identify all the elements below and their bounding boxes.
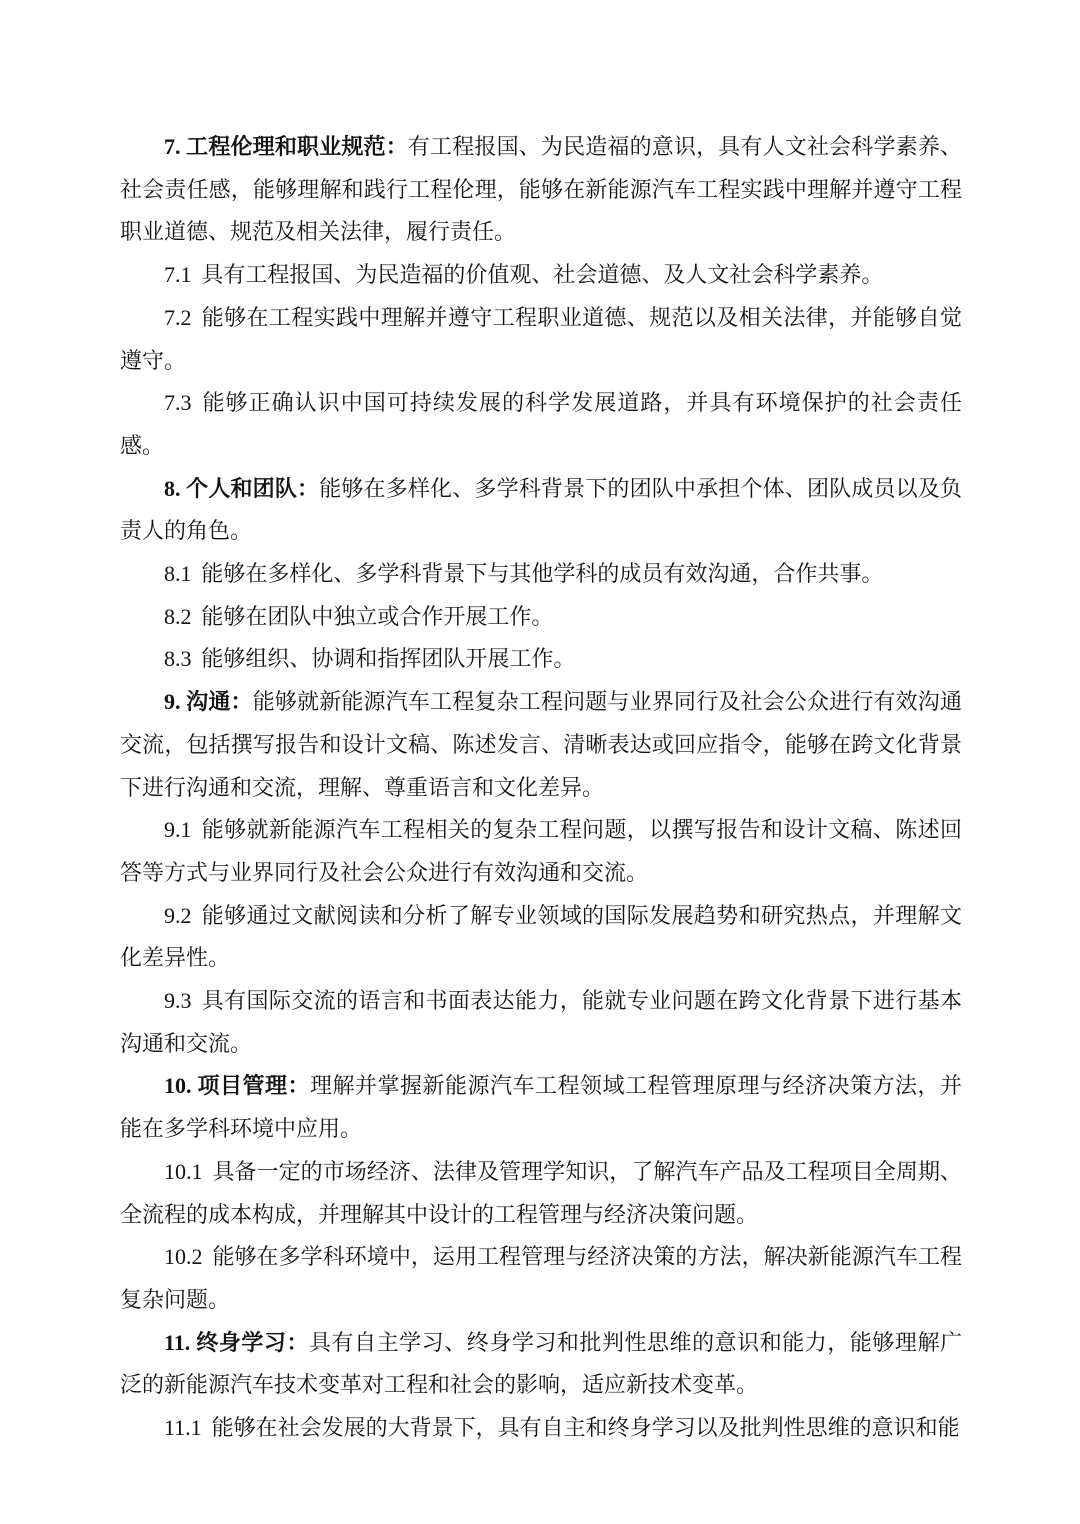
item-number: 9.1 xyxy=(164,817,192,842)
item-text: 能够在团队中独立或合作开展工作。 xyxy=(201,604,553,629)
item-number: 9.3 xyxy=(164,988,192,1013)
requirement-item: 10.2能够在多学科环境中，运用工程管理与经济决策的方法，解决新能源汽车工程复杂… xyxy=(120,1236,962,1321)
requirement-item: 7.3能够正确认识中国可持续发展的科学发展道路，并具有环境保护的社会责任感。 xyxy=(120,382,962,467)
item-number: 9.2 xyxy=(164,903,192,928)
requirement-item: 9.3具有国际交流的语言和书面表达能力，能就专业问题在跨文化背景下进行基本沟通和… xyxy=(120,980,962,1065)
section-items: 8.1能够在多样化、多学科背景下与其他学科的成员有效沟通，合作共事。 8.2能够… xyxy=(120,553,962,681)
requirement-item: 9.1能够就新能源汽车工程相关的复杂工程问题，以撰写报告和设计文稿、陈述回答等方… xyxy=(120,809,962,894)
item-number: 8.3 xyxy=(164,646,192,671)
section-items: 10.1具备一定的市场经济、法律及管理学知识，了解汽车产品及工程项目全周期、全流… xyxy=(120,1151,962,1322)
section-items: 7.1具有工程报国、为民造福的价值观、社会道德、及人文社会科学素养。 7.2能够… xyxy=(120,254,962,468)
item-text: 能够在多学科环境中，运用工程管理与经济决策的方法，解决新能源汽车工程复杂问题。 xyxy=(120,1244,962,1312)
section-heading-label: 10. 项目管理： xyxy=(164,1073,310,1098)
document-body: 7. 工程伦理和职业规范：有工程报国、为民造福的意识，具有人文社会科学素养、社会… xyxy=(120,126,962,1450)
document-page: 7. 工程伦理和职业规范：有工程报国、为民造福的意识，具有人文社会科学素养、社会… xyxy=(0,0,1080,1524)
section-heading-label: 9. 沟通： xyxy=(164,689,253,714)
section: 9. 沟通：能够就新能源汽车工程复杂工程问题与业界同行及社会公众进行有效沟通交流… xyxy=(120,681,962,1065)
requirement-item: 7.1具有工程报国、为民造福的价值观、社会道德、及人文社会科学素养。 xyxy=(120,254,962,297)
item-number: 7.3 xyxy=(164,390,192,415)
requirement-item: 7.2能够在工程实践中理解并遵守工程职业道德、规范以及相关法律，并能够自觉遵守。 xyxy=(120,297,962,382)
section-heading-paragraph: 8. 个人和团队：能够在多样化、多学科背景下的团队中承担个体、团队成员以及负责人… xyxy=(120,468,962,553)
section: 8. 个人和团队：能够在多样化、多学科背景下的团队中承担个体、团队成员以及负责人… xyxy=(120,468,962,682)
requirement-item: 8.1能够在多样化、多学科背景下与其他学科的成员有效沟通，合作共事。 xyxy=(120,553,962,596)
section: 11. 终身学习：具有自主学习、终身学习和批判性思维的意识和能力，能够理解广泛的… xyxy=(120,1322,962,1450)
section-heading-paragraph: 9. 沟通：能够就新能源汽车工程复杂工程问题与业界同行及社会公众进行有效沟通交流… xyxy=(120,681,962,809)
item-number: 8.2 xyxy=(164,604,192,629)
requirement-item: 10.1具备一定的市场经济、法律及管理学知识，了解汽车产品及工程项目全周期、全流… xyxy=(120,1151,962,1236)
section-items: 9.1能够就新能源汽车工程相关的复杂工程问题，以撰写报告和设计文稿、陈述回答等方… xyxy=(120,809,962,1065)
item-number: 10.1 xyxy=(164,1159,203,1184)
item-text: 能够在多样化、多学科背景下与其他学科的成员有效沟通，合作共事。 xyxy=(201,561,883,586)
item-text: 具有工程报国、为民造福的价值观、社会道德、及人文社会科学素养。 xyxy=(201,262,883,287)
section-heading-paragraph: 7. 工程伦理和职业规范：有工程报国、为民造福的意识，具有人文社会科学素养、社会… xyxy=(120,126,962,254)
section-heading-label: 11. 终身学习： xyxy=(164,1330,309,1355)
item-number: 7.1 xyxy=(164,262,192,287)
section: 7. 工程伦理和职业规范：有工程报国、为民造福的意识，具有人文社会科学素养、社会… xyxy=(120,126,962,468)
item-text: 能够就新能源汽车工程相关的复杂工程问题，以撰写报告和设计文稿、陈述回答等方式与业… xyxy=(120,817,962,885)
requirement-item: 11.1能够在社会发展的大背景下，具有自主和终身学习以及批判性思维的意识和能 xyxy=(120,1407,962,1450)
requirement-item: 8.3能够组织、协调和指挥团队开展工作。 xyxy=(120,638,962,681)
item-text: 具备一定的市场经济、法律及管理学知识，了解汽车产品及工程项目全周期、全流程的成本… xyxy=(120,1159,962,1227)
item-text: 能够正确认识中国可持续发展的科学发展道路，并具有环境保护的社会责任感。 xyxy=(120,390,962,458)
item-number: 8.1 xyxy=(164,561,192,586)
item-number: 7.2 xyxy=(164,305,192,330)
item-text: 能够通过文献阅读和分析了解专业领域的国际发展趋势和研究热点，并理解文化差异性。 xyxy=(120,903,962,971)
section-heading-label: 8. 个人和团队： xyxy=(164,476,319,501)
section-heading-label: 7. 工程伦理和职业规范： xyxy=(164,134,408,159)
item-text: 具有国际交流的语言和书面表达能力，能就专业问题在跨文化背景下进行基本沟通和交流。 xyxy=(120,988,962,1056)
requirement-item: 8.2能够在团队中独立或合作开展工作。 xyxy=(120,596,962,639)
item-number: 11.1 xyxy=(164,1415,202,1440)
requirement-item: 9.2能够通过文献阅读和分析了解专业领域的国际发展趋势和研究热点，并理解文化差异… xyxy=(120,895,962,980)
section-heading-paragraph: 10. 项目管理：理解并掌握新能源汽车工程领域工程管理原理与经济决策方法，并能在… xyxy=(120,1065,962,1150)
section: 10. 项目管理：理解并掌握新能源汽车工程领域工程管理原理与经济决策方法，并能在… xyxy=(120,1065,962,1321)
item-text: 能够组织、协调和指挥团队开展工作。 xyxy=(201,646,575,671)
section-items: 11.1能够在社会发展的大背景下，具有自主和终身学习以及批判性思维的意识和能 xyxy=(120,1407,962,1450)
item-text: 能够在工程实践中理解并遵守工程职业道德、规范以及相关法律，并能够自觉遵守。 xyxy=(120,305,962,373)
section-heading-paragraph: 11. 终身学习：具有自主学习、终身学习和批判性思维的意识和能力，能够理解广泛的… xyxy=(120,1322,962,1407)
item-text: 能够在社会发展的大背景下，具有自主和终身学习以及批判性思维的意识和能 xyxy=(212,1415,960,1440)
item-number: 10.2 xyxy=(164,1244,203,1269)
